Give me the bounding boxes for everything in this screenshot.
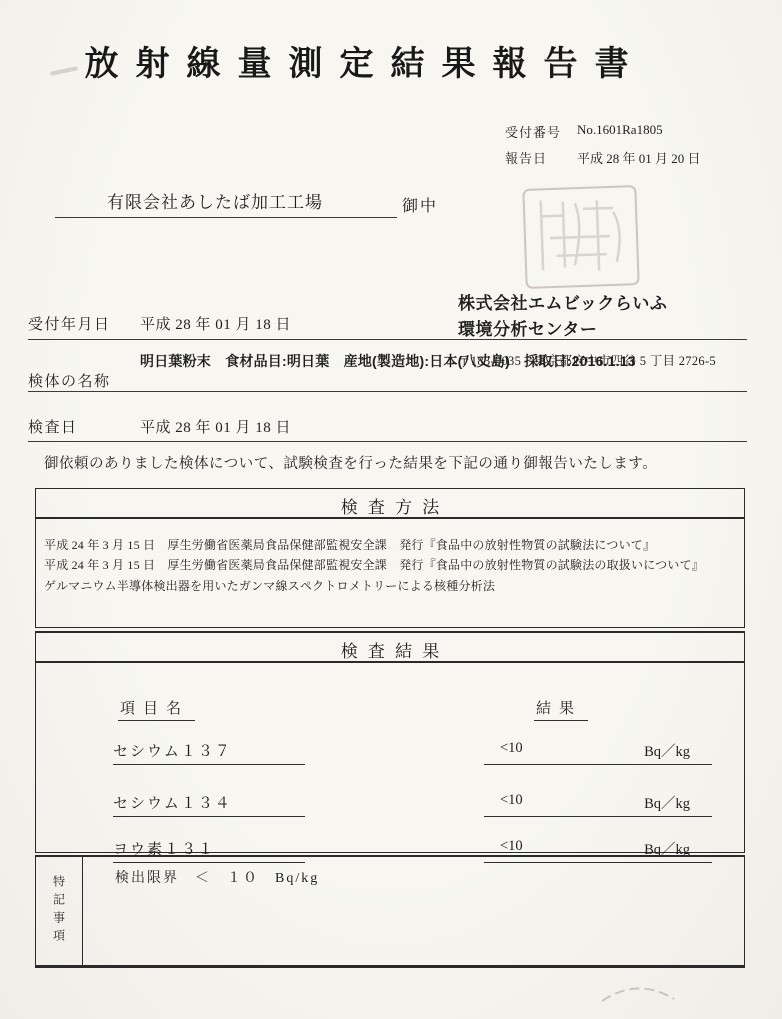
result-unit: Bq／kg bbox=[644, 740, 690, 761]
receipt-number-row: 受付番号 No.1601Ra1805 bbox=[505, 122, 767, 141]
issuer-block: 株式会社エムビックらいふ 環境分析センター 〒183-0035 東京都府中市四谷… bbox=[458, 191, 773, 369]
receipt-number-value: No.1601Ra1805 bbox=[577, 122, 767, 141]
result-value-cell: <10 Bq／kg bbox=[484, 792, 712, 817]
result-item-name: セシウム１３４ bbox=[113, 792, 305, 817]
detection-limit-text: 検出限界 ＜ １０ Bq/kg bbox=[83, 857, 744, 965]
reception-date-label: 受付年月日 bbox=[28, 313, 111, 334]
rule-line bbox=[28, 441, 747, 442]
result-value-cell: <10 Bq／kg bbox=[484, 740, 712, 765]
method-line: 平成 24 年 3 月 15 日 厚生労働省医薬局食品保健部監視安全課 発行『食… bbox=[44, 535, 736, 555]
report-date-value: 平成 28 年 01 月 20 日 bbox=[577, 148, 767, 167]
inspection-date-label: 検査日 bbox=[28, 416, 78, 437]
table-row: セシウム１３４ <10 Bq／kg bbox=[36, 792, 742, 818]
pencil-arc-mark bbox=[598, 983, 678, 1005]
special-notes-label: 特記事項 bbox=[51, 875, 68, 947]
inspection-results-box: 検査結果 項目名 結果 セシウム１３７ <10 Bq／kg セシウム１３４ <1… bbox=[35, 631, 745, 853]
reception-date-value: 平成 28 年 01 月 18 日 bbox=[140, 313, 291, 334]
issuer-department: 環境分析センター bbox=[458, 317, 773, 343]
inspection-method-header: 検査方法 bbox=[36, 489, 744, 519]
column-header-result: 結果 bbox=[534, 697, 588, 721]
sample-name-label: 検体の名称 bbox=[28, 370, 111, 391]
inspection-method-lines: 平成 24 年 3 月 15 日 厚生労働省医薬局食品保健部監視安全課 発行『食… bbox=[36, 519, 744, 596]
inspection-date-value: 平成 28 年 01 月 18 日 bbox=[140, 416, 291, 437]
result-item-name: セシウム１３７ bbox=[113, 740, 305, 765]
result-value: <10 bbox=[500, 740, 523, 761]
issuer-address: 〒183-0035 東京都府中市四谷 5 丁目 2726-5 bbox=[458, 351, 773, 369]
company-seal-stamp-marks bbox=[524, 187, 637, 287]
report-date-label: 報告日 bbox=[505, 148, 577, 167]
inspection-results-header: 検査結果 bbox=[36, 633, 744, 663]
special-notes-box: 特記事項 検出限界 ＜ １０ Bq/kg bbox=[35, 855, 745, 968]
meta-block: 受付番号 No.1601Ra1805 報告日 平成 28 年 01 月 20 日 bbox=[505, 122, 767, 174]
scanned-report-page: 放射線量測定結果報告書 受付番号 No.1601Ra1805 報告日 平成 28… bbox=[0, 0, 782, 1019]
receipt-number-label: 受付番号 bbox=[505, 122, 577, 141]
special-notes-side-cell: 特記事項 bbox=[36, 857, 83, 965]
company-seal-stamp bbox=[522, 185, 639, 289]
method-line: ゲルマニウム半導体検出器を用いたガンマ線スペクトロメトリーによる核種分析法 bbox=[44, 576, 736, 596]
column-header-item: 項目名 bbox=[118, 697, 195, 721]
issuer-company-name: 株式会社エムビックらいふ bbox=[458, 291, 773, 317]
results-table: 項目名 結果 セシウム１３７ <10 Bq／kg セシウム１３４ <10 Bq／… bbox=[36, 663, 744, 882]
rule-line bbox=[28, 391, 747, 392]
result-unit: Bq／kg bbox=[644, 792, 690, 813]
report-date-row: 報告日 平成 28 年 01 月 20 日 bbox=[505, 148, 767, 167]
table-row: セシウム１３７ <10 Bq／kg bbox=[36, 740, 742, 766]
result-value: <10 bbox=[500, 792, 523, 813]
addressee-name: 有限会社あしたば加工工場 bbox=[55, 188, 397, 218]
inspection-method-box: 検査方法 平成 24 年 3 月 15 日 厚生労働省医薬局食品保健部監視安全課… bbox=[35, 488, 745, 628]
method-line: 平成 24 年 3 月 15 日 厚生労働省医薬局食品保健部監視安全課 発行『食… bbox=[44, 555, 736, 575]
addressee-honorific: 御中 bbox=[402, 193, 438, 216]
notice-sentence: 御依頼のありました検体について、試験検査を行った結果を下記の通り御報告いたします… bbox=[44, 452, 657, 473]
page-title: 放射線量測定結果報告書 bbox=[0, 36, 730, 85]
